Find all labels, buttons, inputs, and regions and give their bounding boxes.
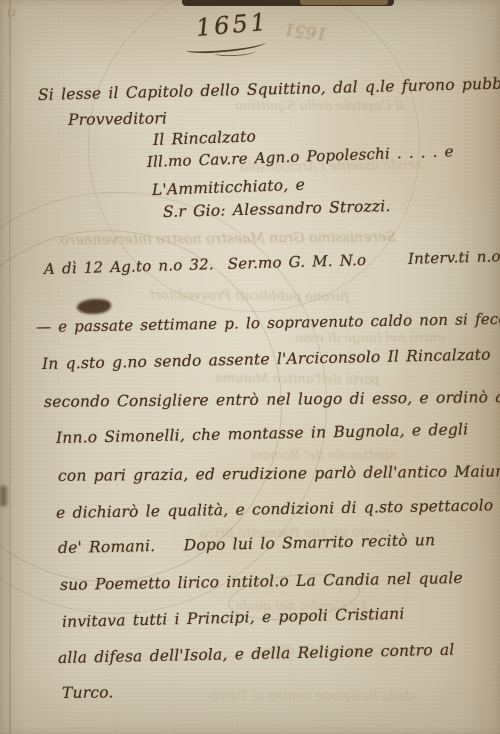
official-name-1: Il Rincalzato: [153, 129, 257, 148]
body-line-11: Turco.: [62, 685, 114, 701]
year-heading: 1651: [195, 10, 270, 40]
provveditori-line: Provveditori: [68, 111, 167, 128]
ghost-line: furono pubblicati Provveditori: [150, 289, 349, 304]
ghost-line: spettacolo de' Romani: [250, 449, 396, 462]
ghost-line: parlò dell'antico Maiuma: [215, 372, 380, 387]
ghost-line: il Capitolo dello Squittino: [235, 100, 404, 113]
ghost-line: Serenissimo Gran Maestro nostro interven…: [60, 230, 396, 248]
top-edge-strip-light: [300, 0, 388, 5]
edge-smudge: [0, 486, 7, 506]
ghost-line: entrò nel luogo di esso: [295, 332, 445, 345]
corner-pencil-mark: 12: [5, 8, 16, 18]
ghost-line: della Religione contro al Turco: [210, 690, 414, 703]
manuscript-page: 12 Serenissimo Gran Maestro nostro inter…: [0, 0, 500, 734]
ghost-year-bleedthrough: 1651: [283, 19, 328, 41]
left-fold-line: [9, 0, 11, 734]
